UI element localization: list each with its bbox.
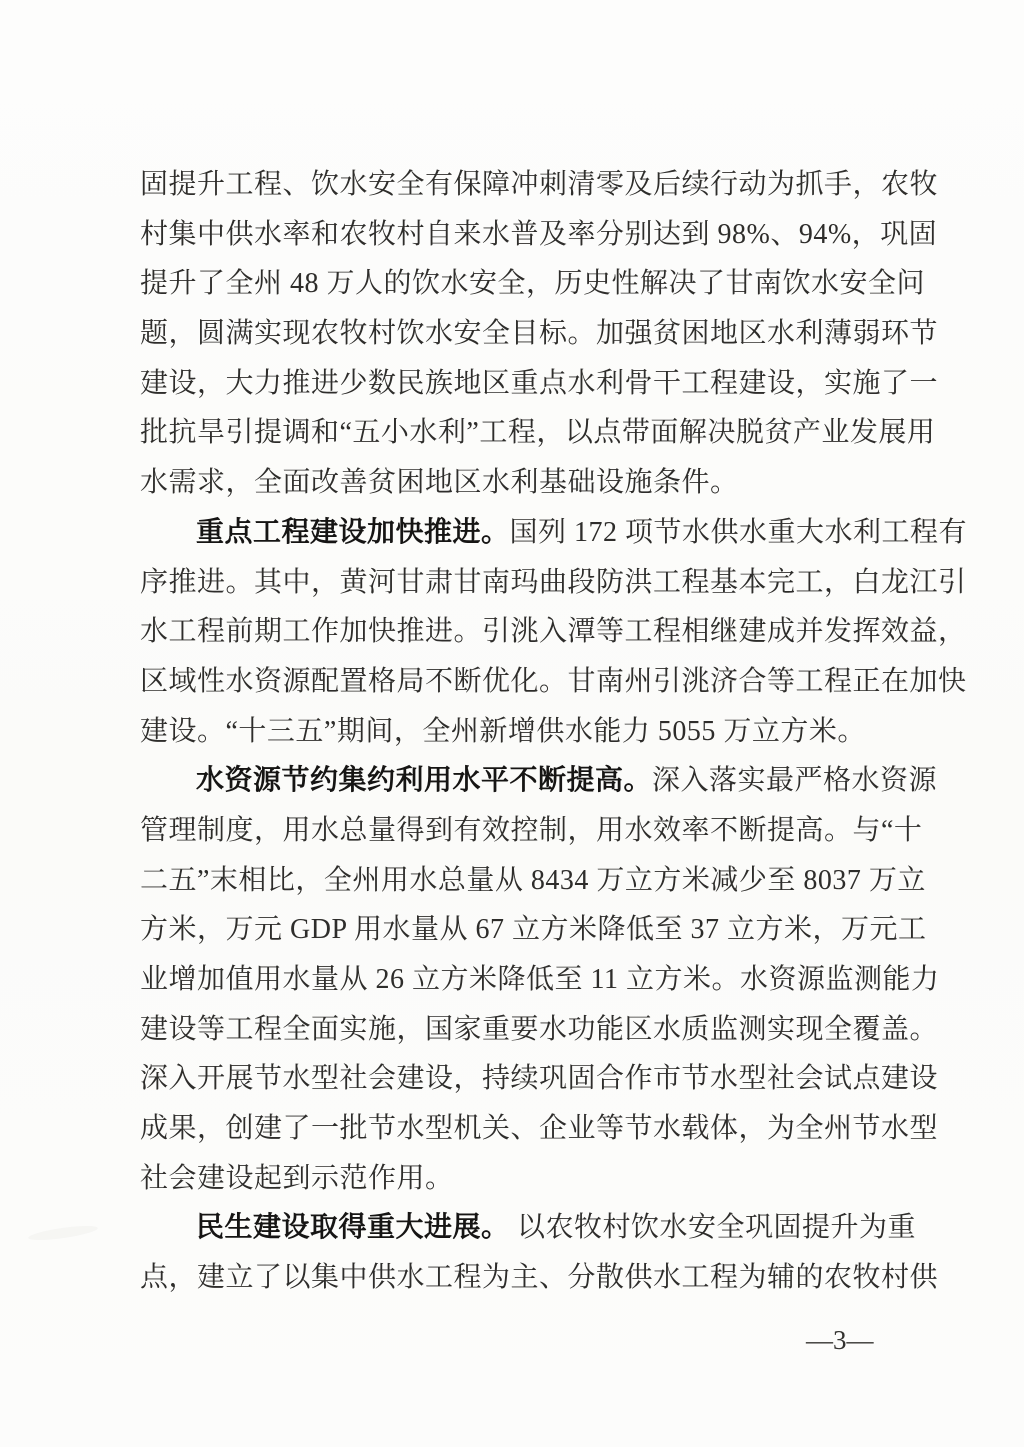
text-line: 建设等工程全面实施，国家重要水功能区水质监测实现全覆盖。	[140, 1005, 906, 1055]
text-segment: 方米，万元 GDP 用水量从 67 立方米降低至 37 立方米，万元工	[140, 914, 926, 945]
text-line: 建设。“十三五”期间，全州新增供水能力 5055 万立方米。	[140, 707, 906, 757]
page-number: —3—	[806, 1320, 916, 1360]
text-segment: 管理制度，用水总量得到有效控制，用水效率不断提高。与“十	[140, 815, 922, 846]
text-line: 方米，万元 GDP 用水量从 67 立方米降低至 37 立方米，万元工	[140, 905, 906, 955]
text-line: 重点工程建设加快推进。国列 172 项节水供水重大水利工程有	[140, 508, 906, 558]
text-line: 水工程前期工作加快推进。引洮入潭等工程相继建成并发挥效益，	[140, 607, 906, 657]
text-line: 区域性水资源配置格局不断优化。甘南州引洮济合等工程正在加快	[140, 657, 906, 707]
text-line: 业增加值用水量从 26 立方米降低至 11 立方米。水资源监测能力	[140, 955, 906, 1005]
text-segment: 深入落实最严格水资源	[652, 765, 937, 796]
text-segment: 以农牧村饮水安全巩固提升为重	[510, 1212, 917, 1243]
text-segment: 社会建设起到示范作用。	[140, 1163, 454, 1194]
paragraph-lead-bold: 水资源节约集约利用水平不断提高。	[196, 765, 652, 796]
text-segment: 二五”末相比，全州用水总量从 8434 万立方米减少至 8037 万立	[140, 865, 926, 896]
text-segment: 水需求，全面改善贫困地区水利基础设施条件。	[140, 467, 739, 498]
text-line: 社会建设起到示范作用。	[140, 1154, 906, 1204]
text-segment: 业增加值用水量从 26 立方米降低至 11 立方米。水资源监测能力	[140, 964, 939, 995]
text-line: 批抗旱引提调和“五小水利”工程，以点带面解决脱贫产业发展用	[140, 408, 906, 458]
text-segment: 村集中供水率和农牧村自来水普及率分别达到 98%、94%，巩固	[140, 219, 937, 250]
text-line: 水资源节约集约利用水平不断提高。深入落实最严格水资源	[140, 756, 906, 806]
text-line: 水需求，全面改善贫困地区水利基础设施条件。	[140, 458, 906, 508]
text-segment: 水工程前期工作加快推进。引洮入潭等工程相继建成并发挥效益，	[140, 616, 967, 647]
scan-artifact-smudge	[28, 1223, 99, 1243]
text-segment: 建设。“十三五”期间，全州新增供水能力 5055 万立方米。	[140, 716, 866, 747]
text-segment: 题，圆满实现农牧村饮水安全目标。加强贫困地区水利薄弱环节	[140, 318, 938, 349]
text-segment: 深入开展节水型社会建设，持续巩固合作市节水型社会试点建设	[140, 1063, 938, 1094]
text-line: 成果，创建了一批节水型机关、企业等节水载体，为全州节水型	[140, 1104, 906, 1154]
text-segment: 点，建立了以集中供水工程为主、分散供水工程为辅的农牧村供	[140, 1262, 938, 1293]
text-segment: 提升了全州 48 万人的饮水安全，历史性解决了甘南饮水安全问	[140, 268, 925, 299]
document-body: 固提升工程、饮水安全有保障冲刺清零及后续行动为抓手，农牧村集中供水率和农牧村自来…	[140, 160, 906, 1303]
text-line: 点，建立了以集中供水工程为主、分散供水工程为辅的农牧村供	[140, 1253, 906, 1303]
text-segment: 国列 172 项节水供水重大水利工程有	[510, 517, 968, 548]
text-line: 二五”末相比，全州用水总量从 8434 万立方米减少至 8037 万立	[140, 856, 906, 906]
text-line: 题，圆满实现农牧村饮水安全目标。加强贫困地区水利薄弱环节	[140, 309, 906, 359]
text-line: 管理制度，用水总量得到有效控制，用水效率不断提高。与“十	[140, 806, 906, 856]
paragraph-lead-bold: 重点工程建设加快推进。	[196, 517, 510, 548]
text-line: 民生建设取得重大进展。 以农牧村饮水安全巩固提升为重	[140, 1203, 906, 1253]
text-line: 提升了全州 48 万人的饮水安全，历史性解决了甘南饮水安全问	[140, 259, 906, 309]
text-line: 村集中供水率和农牧村自来水普及率分别达到 98%、94%，巩固	[140, 210, 906, 260]
text-line: 固提升工程、饮水安全有保障冲刺清零及后续行动为抓手，农牧	[140, 160, 906, 210]
text-segment: 序推进。其中，黄河甘肃甘南玛曲段防洪工程基本完工，白龙江引	[140, 567, 967, 598]
text-segment: 建设，大力推进少数民族地区重点水利骨干工程建设，实施了一	[140, 368, 938, 399]
text-line: 深入开展节水型社会建设，持续巩固合作市节水型社会试点建设	[140, 1054, 906, 1104]
text-segment: 建设等工程全面实施，国家重要水功能区水质监测实现全覆盖。	[140, 1014, 938, 1045]
text-segment: 批抗旱引提调和“五小水利”工程，以点带面解决脱贫产业发展用	[140, 417, 935, 448]
text-segment: 固提升工程、饮水安全有保障冲刺清零及后续行动为抓手，农牧	[140, 169, 938, 200]
text-segment: 区域性水资源配置格局不断优化。甘南州引洮济合等工程正在加快	[140, 666, 967, 697]
text-line: 序推进。其中，黄河甘肃甘南玛曲段防洪工程基本完工，白龙江引	[140, 558, 906, 608]
text-segment: 成果，创建了一批节水型机关、企业等节水载体，为全州节水型	[140, 1113, 938, 1144]
text-line: 建设，大力推进少数民族地区重点水利骨干工程建设，实施了一	[140, 359, 906, 409]
paragraph-lead-bold: 民生建设取得重大进展。	[196, 1212, 510, 1243]
scanned-document-page: 固提升工程、饮水安全有保障冲刺清零及后续行动为抓手，农牧村集中供水率和农牧村自来…	[0, 0, 1024, 1447]
